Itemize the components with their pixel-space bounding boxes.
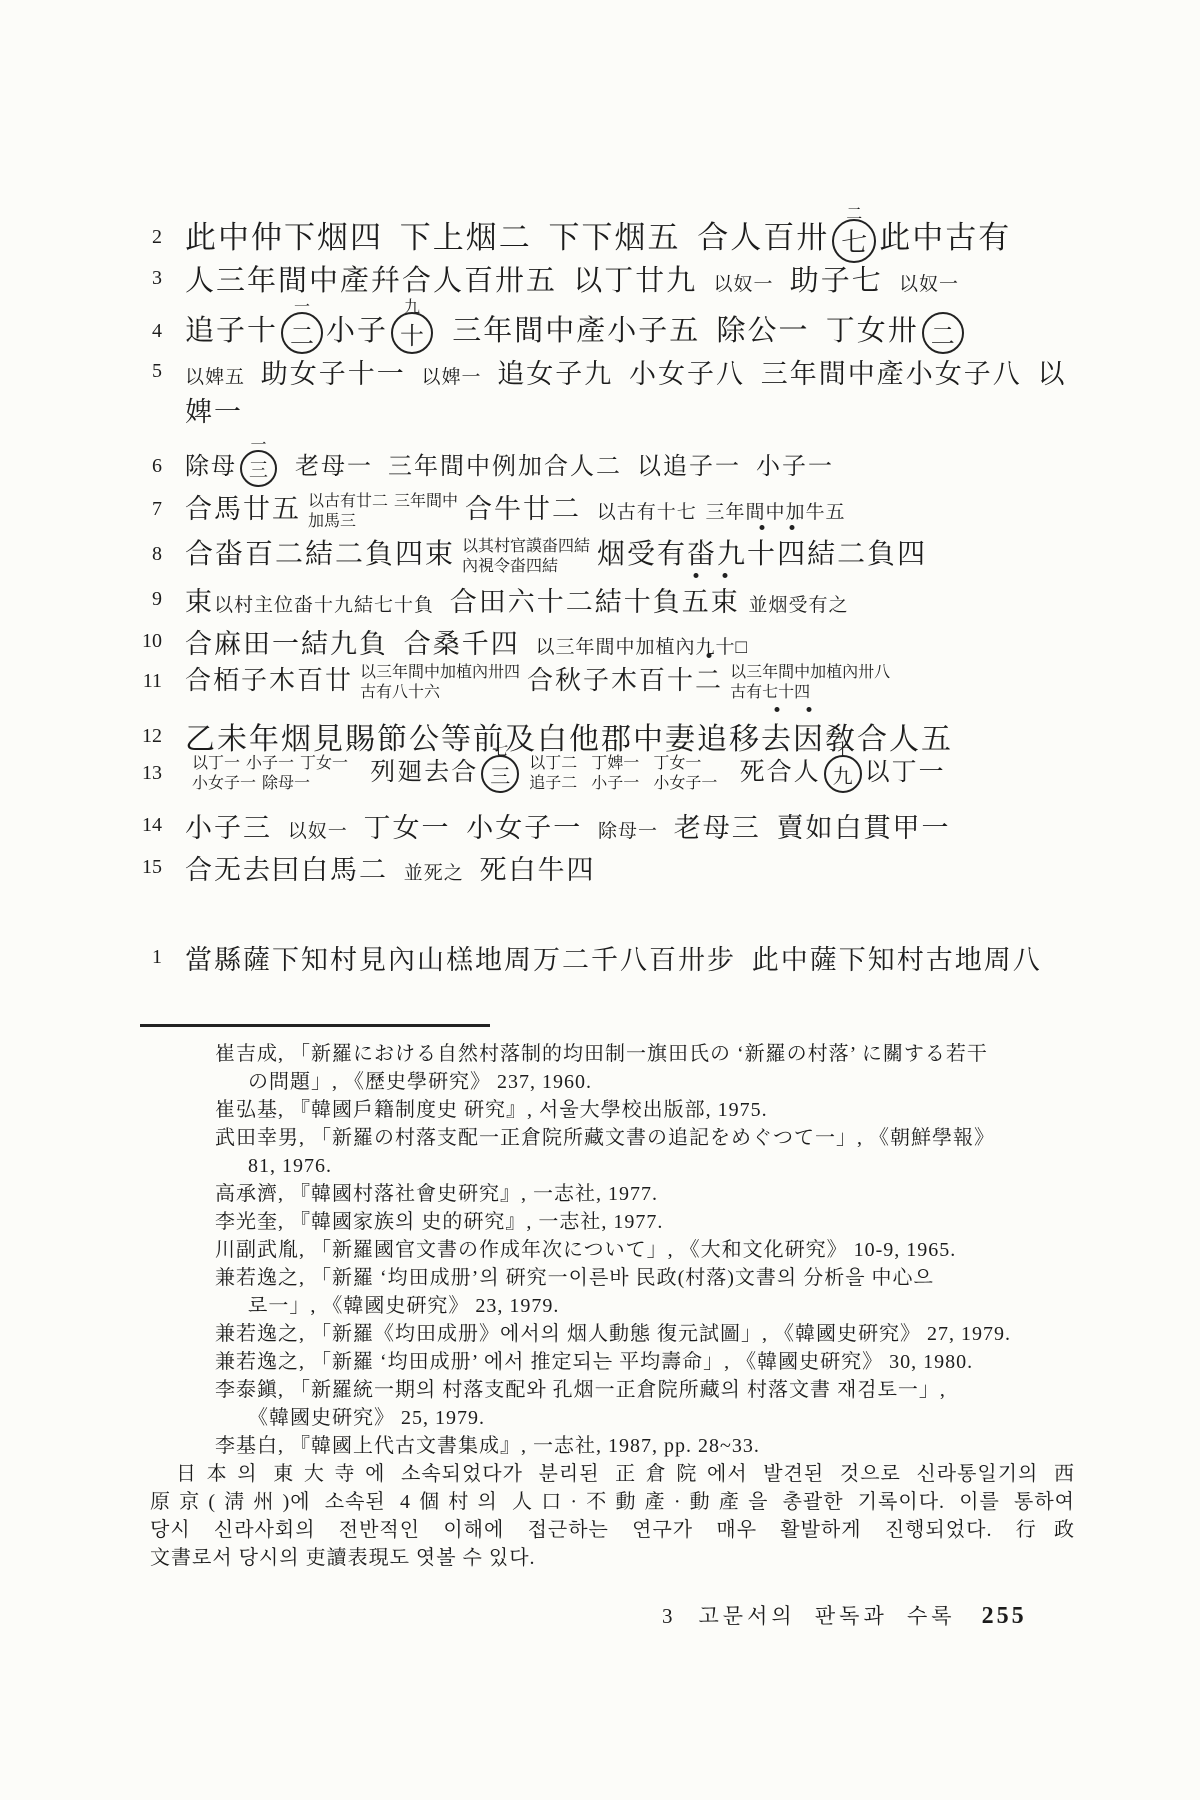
line-content: 小子三 以奴一 丁女一 小女子一 除母一 老母三 賣如白貫甲一 — [185, 806, 951, 845]
stacked-annotation: 以三年間中加植內卅四古有八十六 — [360, 663, 520, 703]
circled-character: 七二 — [832, 219, 876, 263]
small-annotation-text: 並死之 — [404, 863, 464, 884]
small-annotation-text: 以古有十七 三年間中加牛五 — [597, 502, 846, 523]
stacked-annotation: 以三年間中加植內卅八古有七十四 — [730, 663, 890, 703]
line-content: 束以村主位畓十九結七十負 合田六十二結十負五束 並烟受有之 — [185, 580, 849, 619]
text-line: 10合麻田一結九負 合桑千四 以三年間中加植內九十□ — [132, 622, 748, 661]
stacked-annotation-bottom: 小子一 — [591, 774, 639, 794]
footnote-line: 川副武胤, 「新羅國官文書の作成年次について」, 《大和文化硏究》 10-9, … — [215, 1236, 1011, 1264]
stacked-annotation-bottom: 古有八十六 — [360, 683, 520, 703]
transcription-text: 烟受有畓九 — [597, 539, 747, 570]
footnote-line: 李泰鎭, 「新羅統一期의 村落支配와 孔烟一正倉院所藏의 村落文書 재검토一」, — [215, 1376, 1011, 1404]
small-annotation-text: 以婢五 — [185, 367, 245, 388]
paragraph-line: 文書로서 당시의 吏讀表現도 엿볼 수 있다. — [150, 1544, 1075, 1572]
footnote-line: 李光奎, 『韓國家族의 史的硏究』, 一志社, 1977. — [215, 1208, 1011, 1236]
footnote-list: 崔吉成, 「新羅における自然村落制的均田制一旗田氏の ‘新羅の村落’ に關する若… — [215, 1040, 1011, 1460]
transcription-text: 追子十 — [185, 315, 278, 347]
paragraph-line: 日本의 東大寺에 소속되었다가 분리된 正倉院에서 발견된 것으로 신라통일기의… — [150, 1460, 1075, 1488]
emphasis-dot-char: 十 — [747, 532, 777, 572]
line-number: 4 — [132, 320, 162, 343]
transcription-text: 此中仲下烟四 下上烟二 下下烟五 合人百卅 — [185, 220, 829, 255]
line-content: 以婢五 助女子十一 以婢一 追女子九 小女子八 三年間中產小女子八 以 — [185, 352, 1067, 391]
circled-character: 二一 — [281, 312, 323, 354]
superscript-correction: 十 — [835, 737, 851, 760]
line-number: 15 — [132, 856, 162, 879]
stacked-annotation-top: 以古有廿二 三年間中 — [308, 492, 458, 512]
footnote-line: 《韓國史硏究》 25, 1979. — [215, 1404, 1011, 1432]
stacked-annotation-bottom: 追子二 — [529, 774, 577, 794]
small-annotation-text: 以村主位畓十九結七十負 — [214, 595, 434, 616]
stacked-annotation-top: 以三年間中加植內卅八 — [730, 663, 890, 683]
transcription-text: 合馬廿五 — [185, 494, 301, 524]
transcription-text: 三年間中產小子五 除公一 丁女卅 — [436, 315, 919, 347]
stacked-annotation: 以丁二追子二 — [529, 754, 577, 794]
text-line: 7合馬廿五以古有廿二 三年間中加馬三合牛廿二 以古有十七 三年間中加牛五 — [132, 487, 846, 532]
transcription-text: 束 — [185, 587, 214, 617]
line-number: 3 — [132, 267, 162, 290]
text-line: 2此中仲下烟四 下上烟二 下下烟五 合人百卅七二此中古有 — [132, 212, 1011, 263]
transcription-text: 老母一 三年間中例加合人二 以追子一 小子一 — [280, 454, 834, 480]
footnote-paragraph: 日本의 東大寺에 소속되었다가 분리된 正倉院에서 발견된 것으로 신라통일기의… — [150, 1460, 1075, 1572]
scanned-book-page: 2此中仲下烟四 下上烟二 下下烟五 合人百卅七二此中古有3人三年間中產幷合人百卅… — [0, 0, 1200, 1800]
superscript-correction: 一 — [294, 294, 310, 317]
transcription-text: 小子三 — [185, 813, 288, 843]
transcription-text: 人三年間中產幷合人百卅五 以丁廿九 — [185, 265, 714, 297]
stacked-annotation-bottom: 小女子一 — [653, 774, 717, 794]
emphasis-dot-char: 二 — [695, 660, 723, 697]
transcription-text: 除母 — [185, 454, 237, 480]
emphasized-text: 二 — [695, 666, 723, 695]
line-content: 人三年間中產幷合人百卅五 以丁廿九 以奴一 助子七 以奴一 — [185, 258, 959, 299]
superscript-correction: 一 — [250, 432, 266, 455]
transcription-text: 合栢子木百廿 — [185, 666, 353, 695]
paragraph-line: 原京(淸州)에 소속된 4個村의 人口·不動產·動產을 총괄한 기록이다. 이를… — [150, 1488, 1075, 1516]
text-line: 14小子三 以奴一 丁女一 小女子一 除母一 老母三 賣如白貫甲一 — [132, 806, 951, 845]
transcription-text: 死白牛四 — [464, 855, 596, 885]
transcription-text: 助女子十一 — [245, 359, 422, 389]
small-annotation-text: 以奴一 — [288, 821, 348, 842]
chapter-number: 3 — [662, 1604, 673, 1629]
emphasis-dot-char: 五 — [682, 580, 711, 619]
small-annotation-text: 除母一 — [598, 821, 658, 842]
line-number: 14 — [132, 814, 162, 837]
stacked-annotation: 以其村官謨畓四結內視令畓四結 — [462, 537, 590, 577]
page-footer: 3 고문서의 판독과 수록 255 — [662, 1600, 1027, 1630]
line-number: 12 — [132, 725, 162, 748]
text-line: 3人三年間中產幷合人百卅五 以丁廿九 以奴一 助子七 以奴一 — [132, 258, 959, 299]
line-content: 合无去囙白馬二 並死之 死白牛四 — [185, 848, 596, 887]
line-number: 11 — [132, 670, 162, 693]
small-annotation-text: 以三年間中加植內九十□ — [536, 637, 748, 658]
circled-character: 九十 — [824, 755, 862, 793]
footnote-line: 崔弘基, 『韓國戶籍制度史 硏究』, 서울大學校出版部, 1975. — [215, 1096, 1011, 1124]
text-line: 8合畓百二結二負四束以其村官謨畓四結內視令畓四結烟受有畓九十四結二負四 — [132, 532, 927, 577]
paragraph-line: 당시 신라사회의 전반적인 이해에 접근하는 연구가 매우 활발하게 진행되었다… — [150, 1516, 1075, 1544]
line-number: 9 — [132, 588, 162, 611]
footnote-line: 兼若逸之, 「新羅 ‘均田成册’ 에서 推定되는 平均壽命」, 《韓國史硏究》 … — [215, 1348, 1011, 1376]
line-content: 此中仲下烟四 下上烟二 下下烟五 合人百卅七二此中古有 — [185, 212, 1011, 263]
superscript-correction: 二 — [846, 201, 862, 224]
text-line: 4追子十二一小子十九 三年間中產小子五 除公一 丁女卅二 — [132, 308, 967, 354]
stacked-annotation-bottom: 古有七十四 — [730, 683, 890, 703]
line-number: 8 — [132, 543, 162, 566]
line-number: 13 — [132, 762, 162, 785]
stacked-annotation: 丁女一小女子一 — [653, 754, 717, 794]
transcription-text: 合麻田一結九負 合桑千四 — [185, 629, 536, 659]
stacked-annotation: 以古有廿二 三年間中加馬三 — [308, 492, 458, 532]
stacked-annotation: 丁婢一小子一 — [591, 754, 639, 794]
circled-character: 二 — [922, 312, 964, 354]
text-line: 13以丁一 小子一 丁女一小女子一 除母一 列廻去合三七以丁二追子二丁婢一小子一… — [132, 752, 946, 794]
stacked-annotation-bottom: 小女子一 除母一 — [192, 774, 348, 794]
transcription-text: 死合人 — [724, 759, 820, 786]
text-line: 9束以村主位畓十九結七十負 合田六十二結十負五束 並烟受有之 — [132, 580, 849, 619]
line-content: 以丁一 小子一 丁女一小女子一 除母一 列廻去合三七以丁二追子二丁婢一小子一丁女… — [185, 752, 946, 794]
footnote-rule — [140, 1024, 490, 1027]
line-content: 除母三一 老母一 三年間中例加合人二 以追子一 小子一 — [185, 446, 834, 487]
small-annotation-text: 以婢一 — [422, 367, 482, 388]
footnote-line: 兼若逸之, 「新羅《均田成册》에서의 烟人動態 復元試圖」, 《韓國史硏究》 2… — [215, 1320, 1011, 1348]
circled-character: 三一 — [240, 450, 277, 487]
transcription-text: 老母三 賣如白貫甲一 — [658, 813, 951, 843]
line-number: 2 — [132, 226, 162, 249]
text-line: 11合栢子木百廿以三年間中加植內卅四古有八十六合秋子木百十二以三年間中加植內卅八… — [132, 660, 897, 703]
footnote-line: 崔吉成, 「新羅における自然村落制的均田制一旗田氏の ‘新羅の村落’ に關する若… — [215, 1040, 1011, 1068]
circled-character: 十九 — [391, 312, 433, 354]
footnote-line: 李基白, 『韓國上代古文書集成』, 一志社, 1987, pp. 28~33. — [215, 1432, 1011, 1460]
transcription-text: 追女子九 小女子八 三年間中產小女子八 以 — [482, 359, 1067, 389]
transcription-text: 合无去囙白馬二 — [185, 855, 404, 885]
transcription-text: 此中古有 — [879, 220, 1011, 255]
line-content: 合馬廿五以古有廿二 三年間中加馬三合牛廿二 以古有十七 三年間中加牛五 — [185, 487, 846, 532]
stacked-annotation-bottom: 加馬三 — [308, 512, 458, 532]
line-number: 7 — [132, 498, 162, 521]
transcription-text: 小子 — [326, 315, 388, 347]
stacked-annotation-top: 以其村官謨畓四結 — [462, 537, 590, 557]
text-line: 婢一 — [132, 390, 243, 429]
line-content: 合栢子木百廿以三年間中加植內卅四古有八十六合秋子木百十二以三年間中加植內卅八古有… — [185, 660, 897, 703]
line-number: 1 — [132, 946, 162, 969]
transcription-text: 合畓百二結二負四束 — [185, 539, 455, 570]
small-annotation-text: 以奴一 — [899, 274, 959, 295]
stacked-annotation-bottom: 內視令畓四結 — [462, 557, 590, 577]
emphasis-dot-char: 四 — [777, 532, 807, 572]
line-number: 10 — [132, 630, 162, 653]
footnote-line: 81, 1976. — [215, 1152, 1011, 1180]
transcription-text: 合牛廿二 — [465, 494, 597, 524]
circled-character: 三七 — [481, 755, 519, 793]
transcription-text: 結二負四 — [807, 539, 927, 570]
text-line: 1當縣薩下知村見內山榚地周万二千八百卅步 此中薩下知村古地周八 — [132, 938, 1042, 977]
transcription-text: 丁女一 小女子一 — [348, 813, 598, 843]
stacked-annotation-top: 丁女一 — [653, 754, 717, 774]
transcription-text: 列廻去合 — [355, 759, 478, 786]
superscript-correction: 七 — [492, 737, 508, 760]
chapter-title: 고문서의 판독과 수록 — [699, 1600, 956, 1630]
line-content: 婢一 — [185, 390, 243, 429]
small-annotation-text: 並烟受有之 — [740, 595, 849, 616]
superscript-correction: 九 — [404, 294, 420, 317]
footnote-line: 高承濟, 『韓國村落社會史硏究』, 一志社, 1977. — [215, 1180, 1011, 1208]
small-annotation-text: 以奴一 — [714, 274, 774, 295]
footnote-line: の問題」, 《歷史學硏究》 237, 1960. — [215, 1068, 1011, 1096]
transcription-text: 當縣薩下知村見內山榚地周万二千八百卅步 此中薩下知村古地周八 — [185, 945, 1042, 975]
stacked-annotation: 以丁一 小子一 丁女一小女子一 除母一 — [192, 754, 348, 794]
text-line: 6除母三一 老母一 三年間中例加合人二 以追子一 小子一 — [132, 446, 834, 487]
stacked-annotation-top: 以丁一 小子一 丁女一 — [192, 754, 348, 774]
text-line: 5以婢五 助女子十一 以婢一 追女子九 小女子八 三年間中產小女子八 以 — [132, 352, 1067, 391]
stacked-annotation-top: 丁婢一 — [591, 754, 639, 774]
line-content: 當縣薩下知村見內山榚地周万二千八百卅步 此中薩下知村古地周八 — [185, 938, 1042, 977]
footnote-line: 武田幸男, 「新羅の村落支配一正倉院所藏文書の追記をめぐつて一」, 《朝鮮學報》 — [215, 1124, 1011, 1152]
line-content: 追子十二一小子十九 三年間中產小子五 除公一 丁女卅二 — [185, 308, 967, 354]
page-number: 255 — [982, 1603, 1027, 1630]
transcription-text: 合田六十二結十負 — [434, 587, 682, 617]
line-content: 合麻田一結九負 合桑千四 以三年間中加植內九十□ — [185, 622, 748, 661]
transcription-text: 合秋子木百十 — [527, 666, 695, 695]
footnote-line: 兼若逸之, 「新羅 ‘均田成册’의 硏究一이른바 民政(村落)文書의 分析을 中… — [215, 1264, 1011, 1292]
line-number: 5 — [132, 360, 162, 383]
stacked-annotation-top: 以丁二 — [529, 754, 577, 774]
line-content: 合畓百二結二負四束以其村官謨畓四結內視令畓四結烟受有畓九十四結二負四 — [185, 532, 927, 577]
footnote-line: 로一」, 《韓國史硏究》 23, 1979. — [215, 1292, 1011, 1320]
transcription-text: 婢一 — [185, 397, 243, 427]
emphasis-dot-char: 束 — [711, 580, 740, 619]
transcription-text: 以丁一 — [865, 759, 946, 786]
line-number: 6 — [132, 455, 162, 478]
stacked-annotation-top: 以三年間中加植內卅四 — [360, 663, 520, 683]
emphasized-text: 五束 — [682, 587, 740, 617]
transcription-text: 助子七 — [774, 265, 900, 297]
text-line: 15合无去囙白馬二 並死之 死白牛四 — [132, 848, 596, 887]
emphasized-text: 十四 — [747, 539, 807, 570]
